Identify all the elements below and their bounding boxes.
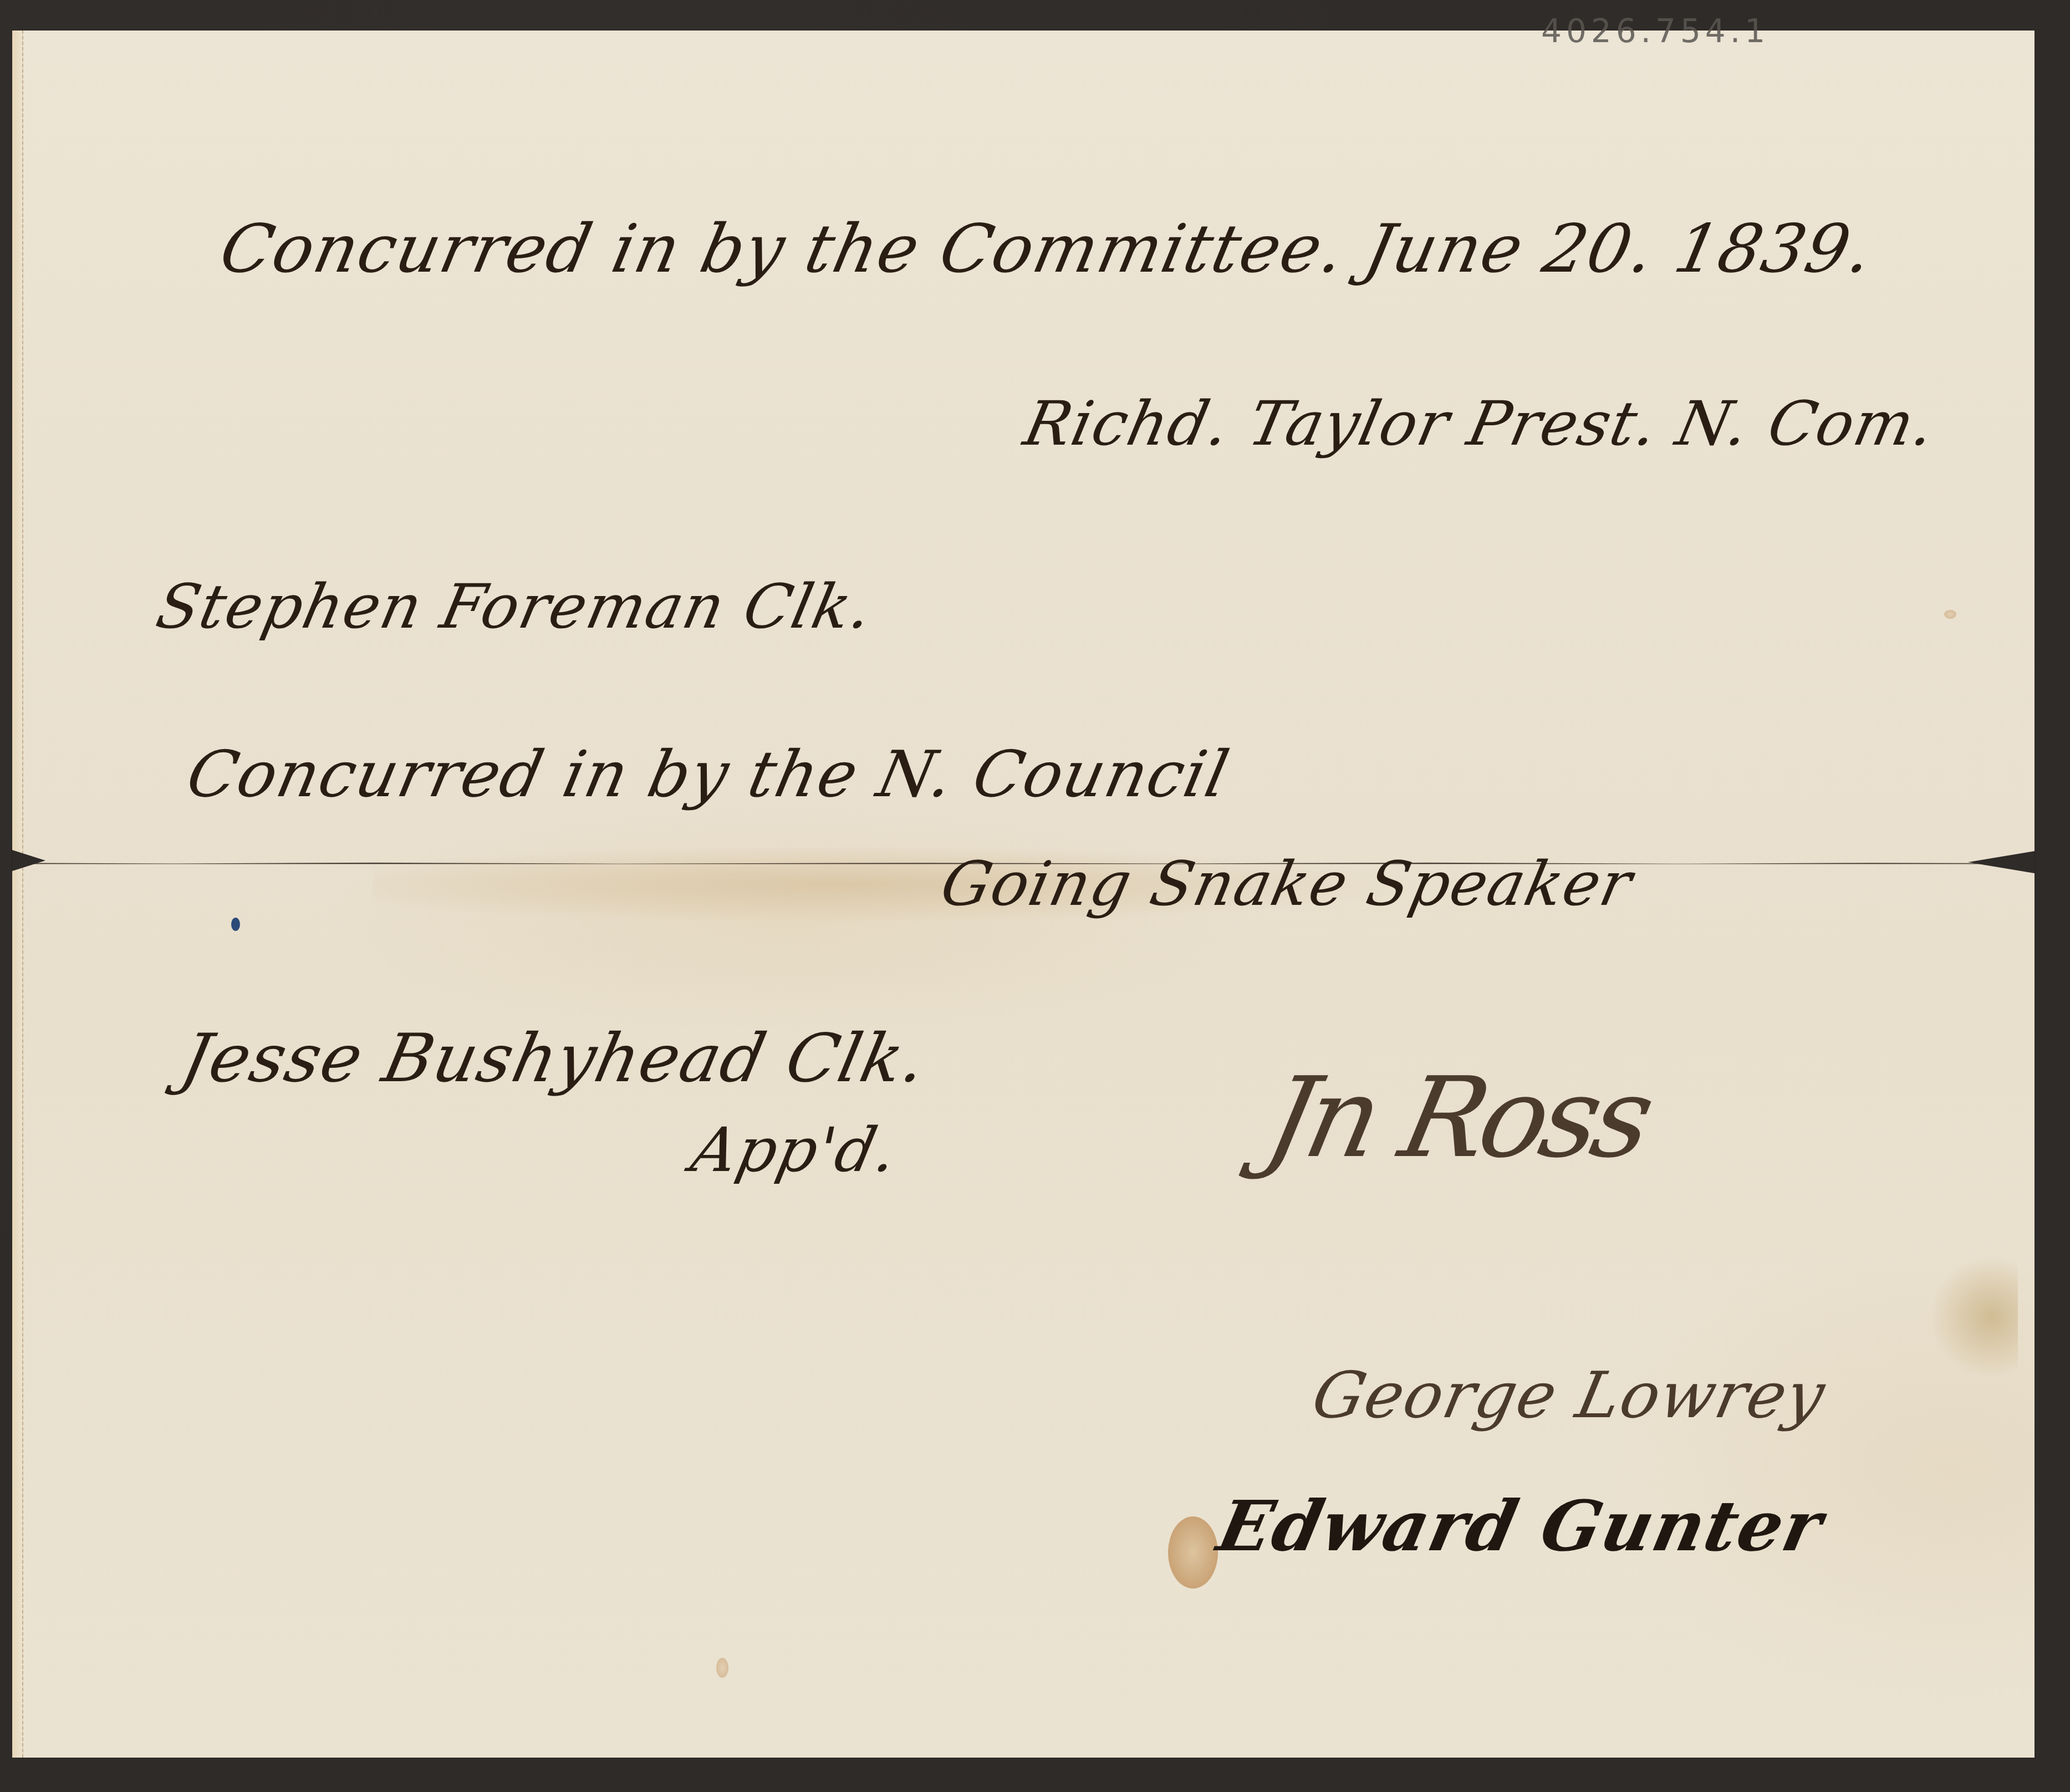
fold-notch-left bbox=[12, 850, 45, 871]
principal-chief-signature: Jn Ross bbox=[1256, 1053, 1659, 1183]
assistant-chief-signature: George Lowrey bbox=[1306, 1358, 1832, 1433]
committee-concurrence-line: Concurred in by the Committee. June 20. … bbox=[213, 211, 1880, 288]
council-speaker-signature: Going Snake Speaker bbox=[935, 848, 1639, 919]
committee-president-signature: Richd. Taylor Prest. N. Com. bbox=[1018, 388, 1942, 459]
small-stain-spot bbox=[716, 1658, 728, 1678]
fold-notch-right bbox=[1968, 851, 2035, 873]
left-edge-fold-strip bbox=[12, 30, 23, 1758]
catalog-number: 4026.754.1 bbox=[1541, 12, 1770, 50]
ink-stain-spot bbox=[1168, 1516, 1218, 1589]
council-clerk-signature: Jesse Bushyhead Clk. bbox=[175, 1020, 934, 1097]
edge-water-stain bbox=[1929, 1256, 2018, 1378]
committee-clerk-signature: Stephen Foreman Clk. bbox=[150, 571, 879, 642]
small-stain-spot bbox=[1944, 610, 1956, 619]
blue-ink-dot bbox=[231, 918, 240, 931]
council-concurrence-line: Concurred in by the N. Council bbox=[181, 737, 1236, 812]
approved-notation: App'd. bbox=[685, 1114, 904, 1185]
executive-councilor-signature: Edward Gunter bbox=[1211, 1486, 1830, 1567]
